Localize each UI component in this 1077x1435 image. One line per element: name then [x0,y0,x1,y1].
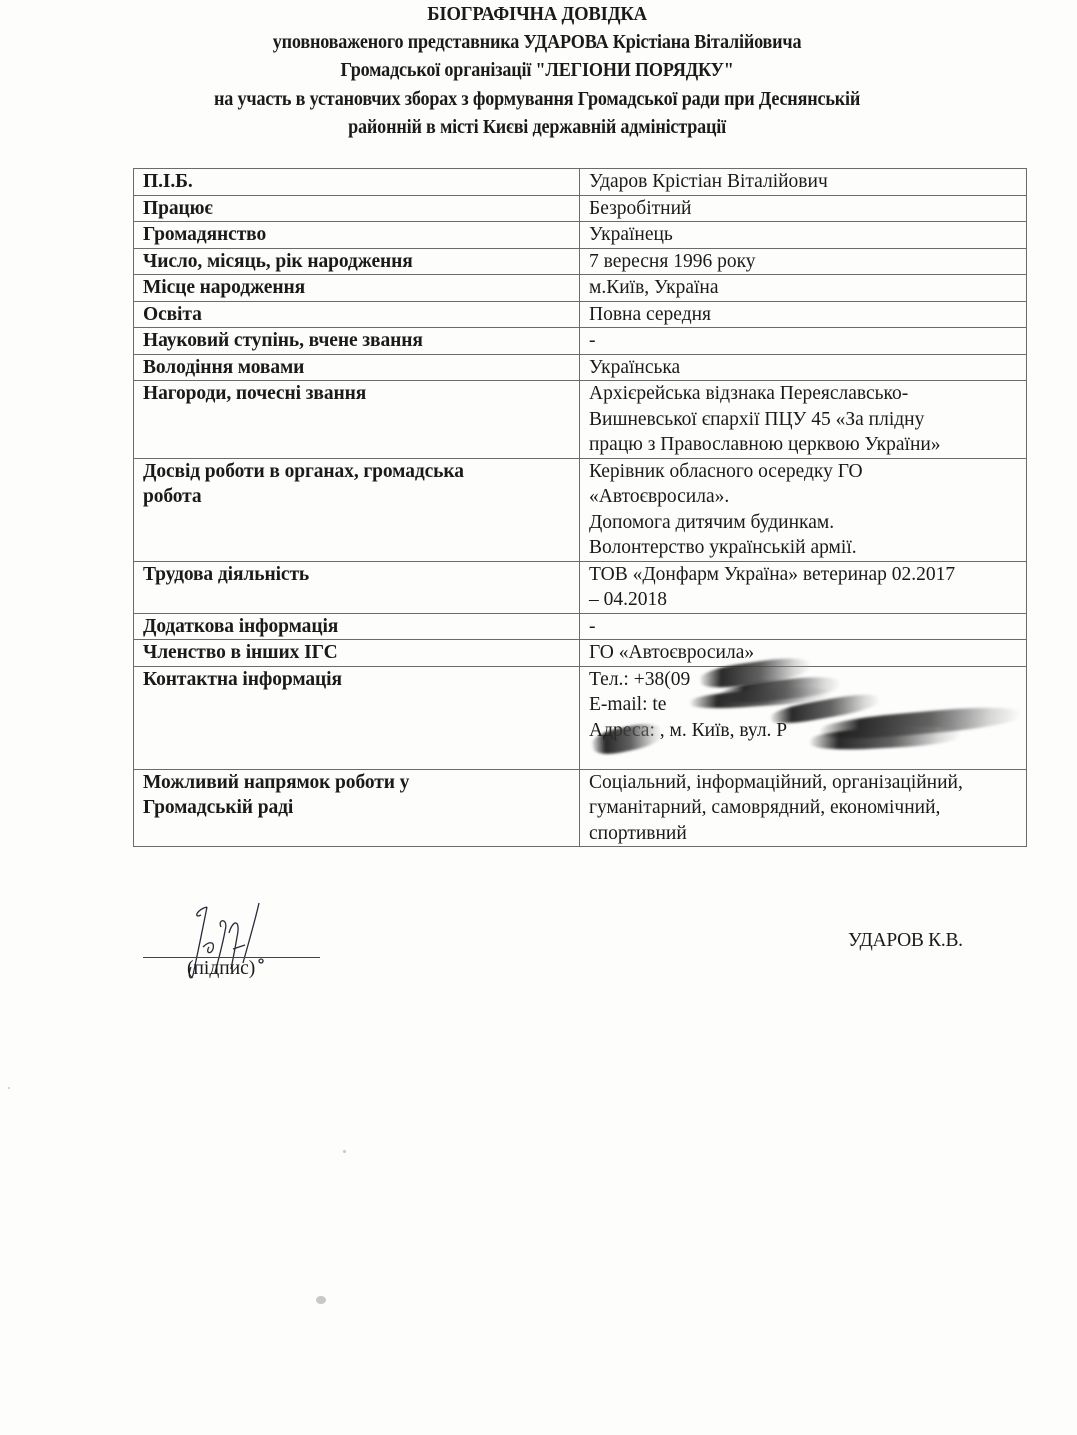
row-label: Додаткова інформація [134,613,580,640]
value-line: гуманітарний, самоврядний, економічний, [589,795,1018,821]
table-row-full-name: П.І.Б. Ударов Крістіан Віталійович [134,169,1027,196]
table-row-academic-degree: Науковий ступінь, вчене звання - [134,328,1027,355]
scan-speck [343,1150,346,1153]
value-line: Керівник обласного осередку ГО [589,459,1018,485]
value-line: Волонтерство українській армії. [589,535,1018,561]
row-label: Число, місяць, рік народження [134,248,580,275]
row-value: Соціальний, інформаційний, організаційни… [580,769,1027,847]
value-line: Архієрейська відзнака Переяславсько- [589,381,1018,407]
value-line: – 04.2018 [589,587,1018,613]
signer-name: УДАРОВ К.В. [848,930,963,952]
table-row-additional-info: Додаткова інформація - [134,613,1027,640]
row-label: Працює [134,195,580,222]
row-label: Можливий напрямок роботи у Громадській р… [134,769,580,847]
row-label: Науковий ступінь, вчене звання [134,328,580,355]
row-value: м.Київ, Україна [580,275,1027,302]
row-label: Трудова діяльність [134,561,580,613]
value-line: ТОВ «Донфарм Україна» ветеринар 02.2017 [589,562,1018,588]
row-label: Освіта [134,301,580,328]
address-line-continued [589,743,1018,769]
row-value: - [580,613,1027,640]
row-label: Нагороди, почесні звання [134,381,580,459]
label-line: Громадській раді [143,795,571,821]
row-label: Членство в інших ІГС [134,640,580,667]
row-value: Українець [580,222,1027,249]
row-value: - [580,328,1027,355]
table-row-citizenship: Громадянство Українець [134,222,1027,249]
row-value: Українська [580,354,1027,381]
row-label: Громадянство [134,222,580,249]
table-row-public-work: Досвід роботи в органах, громадська робо… [134,458,1027,561]
table-row-membership: Членство в інших ІГС ГО «Автоєвросила» [134,640,1027,667]
table-row-birth-date: Число, місяць, рік народження 7 вересня … [134,248,1027,275]
label-line: робота [143,484,571,510]
row-label: Досвід роботи в органах, громадська робо… [134,458,580,561]
table-row-council-direction: Можливий напрямок роботи у Громадській р… [134,769,1027,847]
label-line: Досвід роботи в органах, громадська [143,459,571,485]
header-subtitle-line-2: Громадської організації "ЛЕГІОНИ ПОРЯДКУ… [0,57,1074,86]
header-subtitle-line-1: уповноваженого представника УДАРОВА Кріс… [0,29,1074,58]
row-label: Місце народження [134,275,580,302]
value-line: Вишневської єпархії ПЦУ 45 «За плідну [589,407,1018,433]
table-row-languages: Володіння мовами Українська [134,354,1027,381]
value-line: «Автоєвросила». [589,484,1018,510]
document-title: БІОГРАФІЧНА ДОВІДКА [0,0,1074,29]
scan-speck [8,1087,10,1089]
row-value: Ударов Крістіан Віталійович [580,169,1027,196]
row-value: ТОВ «Донфарм Україна» ветеринар 02.2017 … [580,561,1027,613]
table-row-employment: Працює Безробітний [134,195,1027,222]
scanned-document-page: БІОГРАФІЧНА ДОВІДКА уповноваженого предс… [0,0,1077,1435]
table-row-education: Освіта Повна середня [134,301,1027,328]
signature-caption: (підпис) [187,958,255,980]
row-label: П.І.Б. [134,169,580,196]
table-row-birth-place: Місце народження м.Київ, Україна [134,275,1027,302]
value-line: працю з Православною церквою України» [589,432,1018,458]
row-value: Архієрейська відзнака Переяславсько- Виш… [580,381,1027,459]
value-line: Допомога дитячим будинкам. [589,510,1018,536]
signature-block: (підпис) [143,895,323,995]
header-subtitle-line-3: на участь в установчих зборах з формуван… [0,86,1074,115]
row-value: Керівник обласного осередку ГО «Автоєвро… [580,458,1027,561]
scan-speck [316,1296,326,1304]
row-label: Володіння мовами [134,354,580,381]
value-line: спортивний [589,821,1018,847]
row-value: 7 вересня 1996 року [580,248,1027,275]
value-line: Соціальний, інформаційний, організаційни… [589,770,1018,796]
document-header: БІОГРАФІЧНА ДОВІДКА уповноваженого предс… [0,0,1074,143]
label-line: Можливий напрямок роботи у [143,770,571,796]
header-subtitle-line-4: районній в місті Києві державній адмініс… [0,114,1074,143]
row-value: Безробітний [580,195,1027,222]
table-row-awards: Нагороди, почесні звання Архієрейська ві… [134,381,1027,459]
row-value: Повна середня [580,301,1027,328]
table-row-work-history: Трудова діяльність ТОВ «Донфарм Україна»… [134,561,1027,613]
row-label: Контактна інформація [134,666,580,769]
